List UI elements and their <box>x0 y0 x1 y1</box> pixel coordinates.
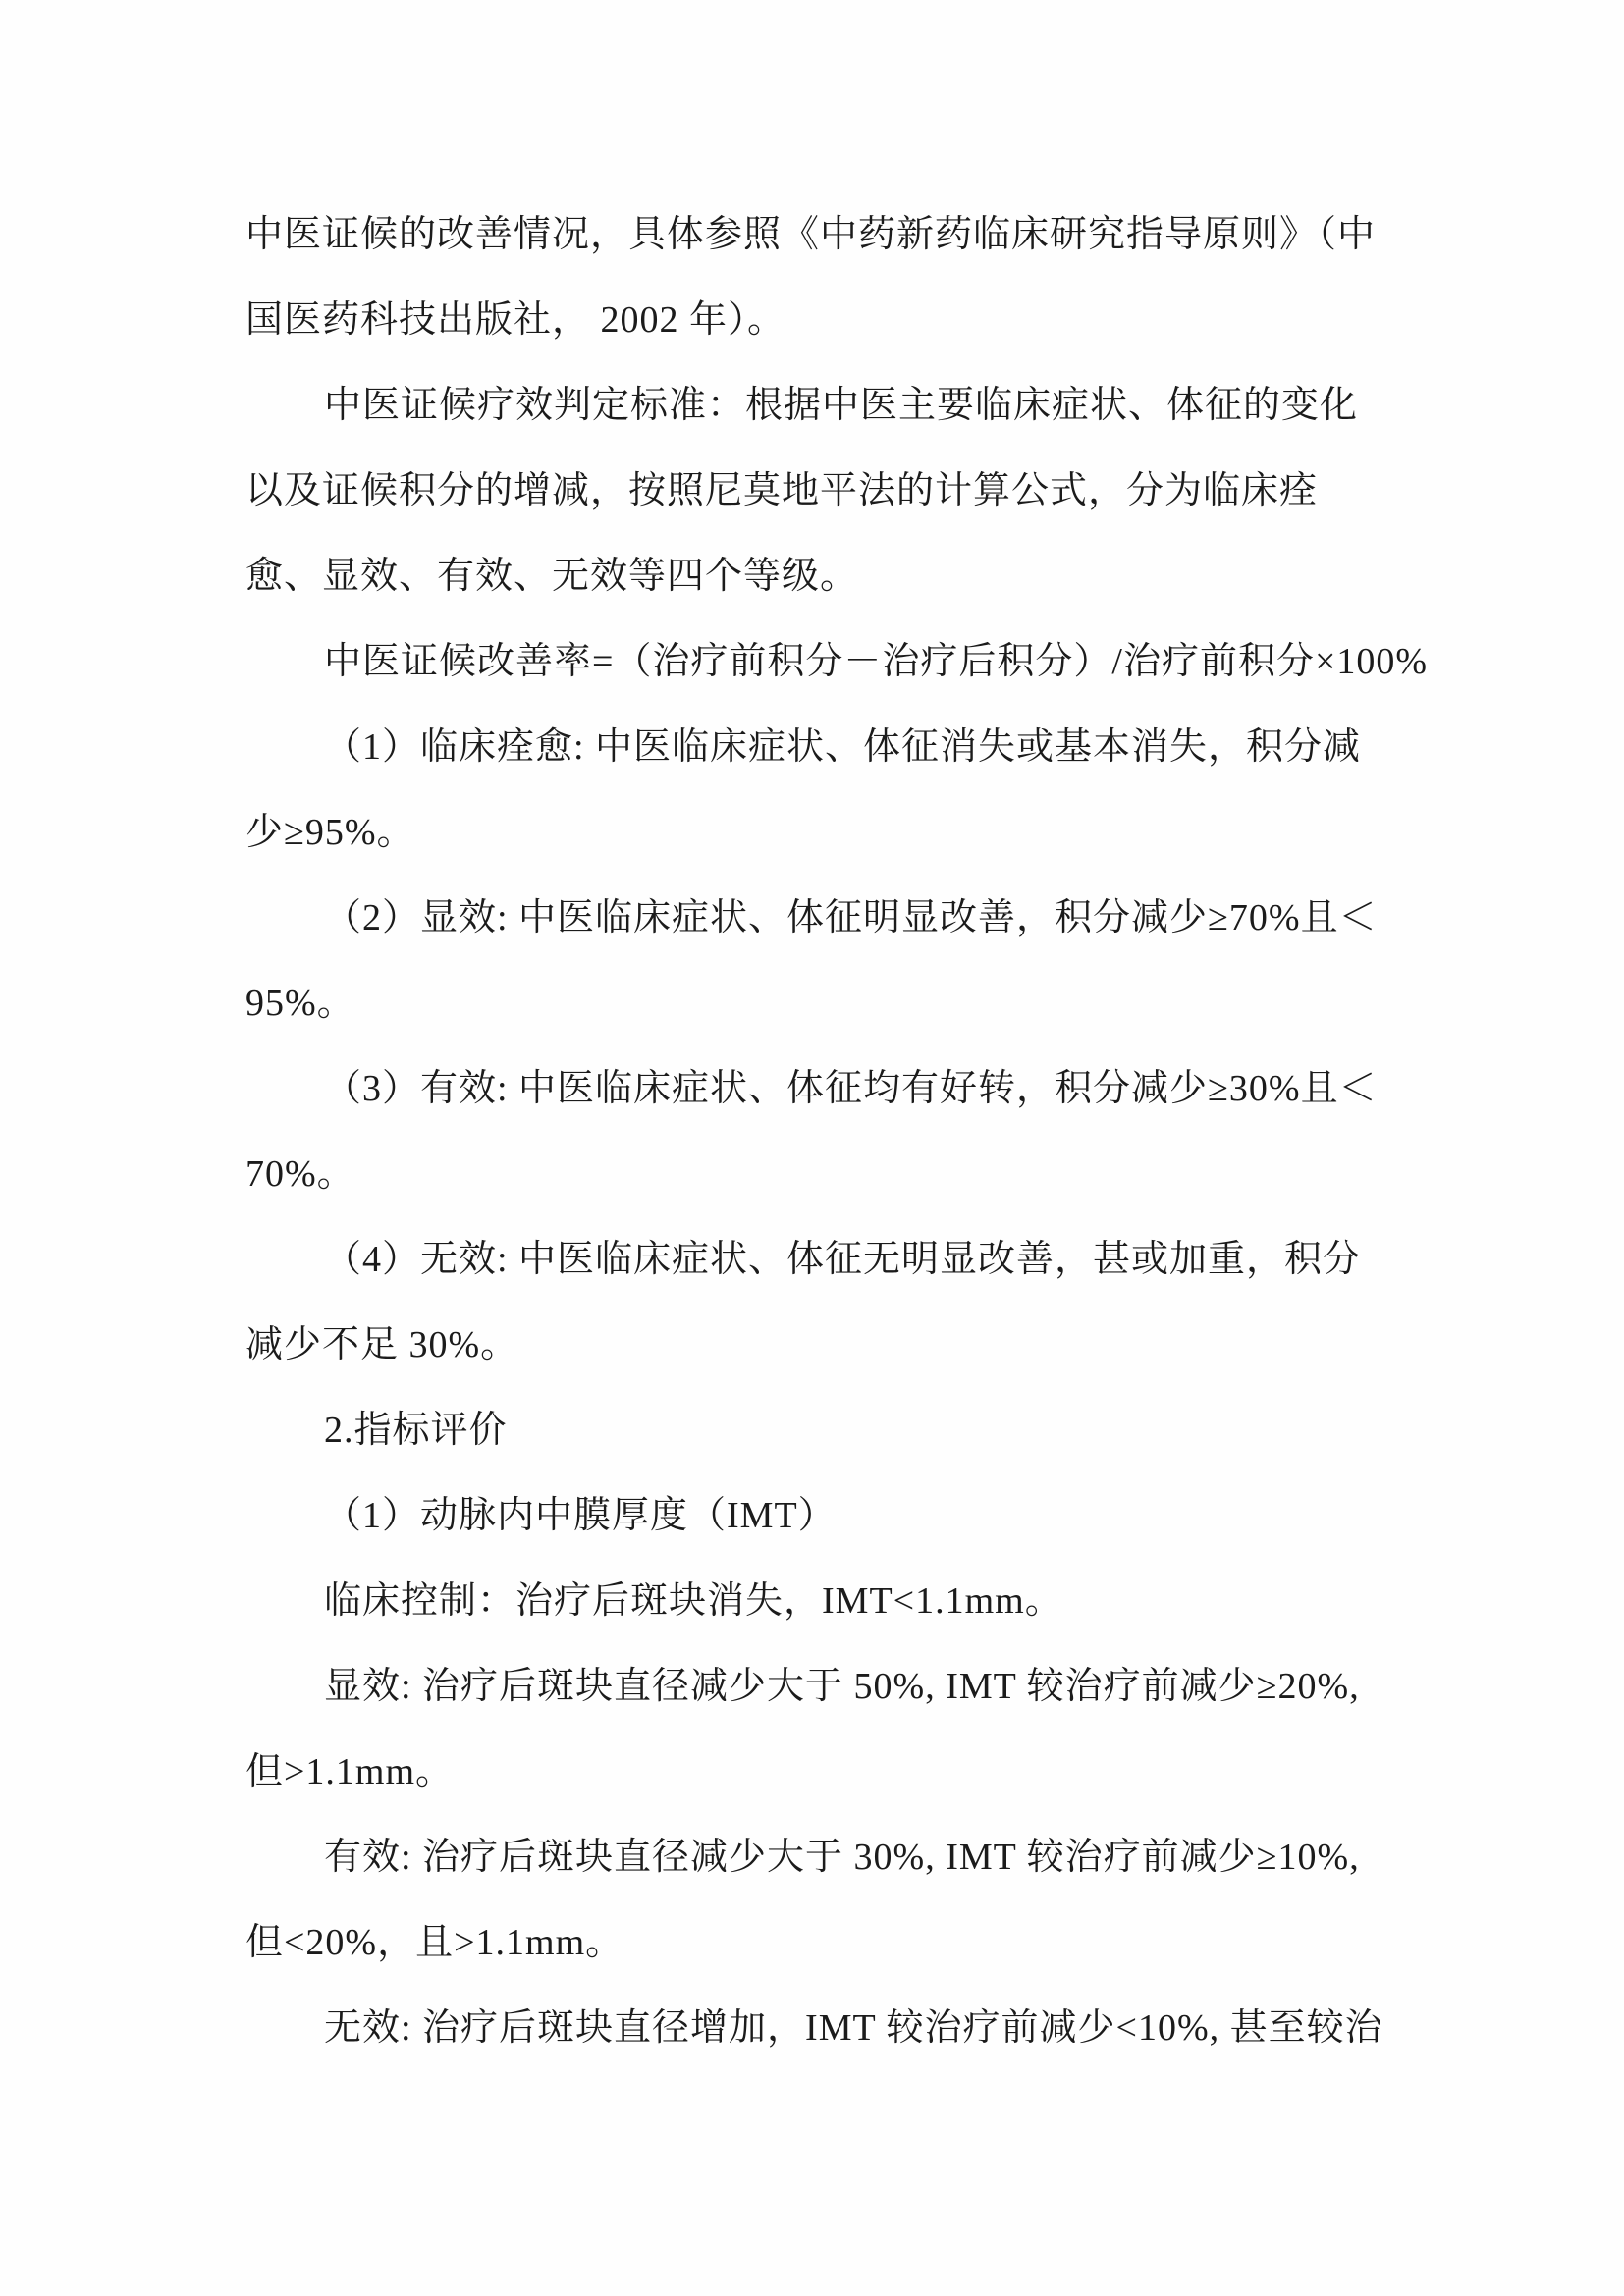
text-line: 无效: 治疗后斑块直径增加，IMT 较治疗前减少<10%, 甚至较治 <box>245 1986 1404 2071</box>
text-line: （3）有效: 中医临床症状、体征均有好转，积分减少≥30%且＜ <box>245 1046 1404 1132</box>
text-line: 但>1.1mm。 <box>245 1730 1404 1815</box>
text-line: 临床控制：治疗后斑块消失，IMT<1.1mm。 <box>245 1559 1404 1644</box>
text-line: 减少不足 30%。 <box>245 1303 1404 1388</box>
text-line: （2）显效: 中医临床症状、体征明显改善，积分减少≥70%且＜ <box>245 876 1404 961</box>
text-line: 2.指标评价 <box>245 1388 1404 1473</box>
text-line: 愈、显效、有效、无效等四个等级。 <box>245 534 1404 619</box>
text-line: 但<20%，且>1.1mm。 <box>245 1900 1404 1986</box>
text-line: 中医证候改善率=（治疗前积分－治疗后积分）/治疗前积分×100% <box>245 619 1404 705</box>
document-page: 中医证候的改善情况，具体参照《中药新药临床研究指导原则》（中国医药科技出版社， … <box>0 0 1624 2296</box>
text-line: 国医药科技出版社， 2002 年）。 <box>245 278 1404 363</box>
text-line: 少≥95%。 <box>245 790 1404 876</box>
text-line: 70%。 <box>245 1132 1404 1217</box>
text-line: 中医证候的改善情况，具体参照《中药新药临床研究指导原则》（中 <box>245 192 1404 278</box>
text-line: 有效: 治疗后斑块直径减少大于 30%, IMT 较治疗前减少≥10%, <box>245 1815 1404 1900</box>
text-line: （1）临床痊愈: 中医临床症状、体征消失或基本消失，积分减 <box>245 705 1404 790</box>
text-line: 以及证候积分的增减，按照尼莫地平法的计算公式，分为临床痊 <box>245 449 1404 534</box>
text-line: （4）无效: 中医临床症状、体征无明显改善，甚或加重，积分 <box>245 1217 1404 1303</box>
text-line: 95%。 <box>245 961 1404 1046</box>
text-line: 显效: 治疗后斑块直径减少大于 50%, IMT 较治疗前减少≥20%, <box>245 1644 1404 1730</box>
text-line: 中医证候疗效判定标准：根据中医主要临床症状、体征的变化 <box>245 363 1404 449</box>
text-line: （1）动脉内中膜厚度（IMT） <box>245 1473 1404 1559</box>
text-block: 中医证候的改善情况，具体参照《中药新药临床研究指导原则》（中国医药科技出版社， … <box>245 192 1404 2071</box>
